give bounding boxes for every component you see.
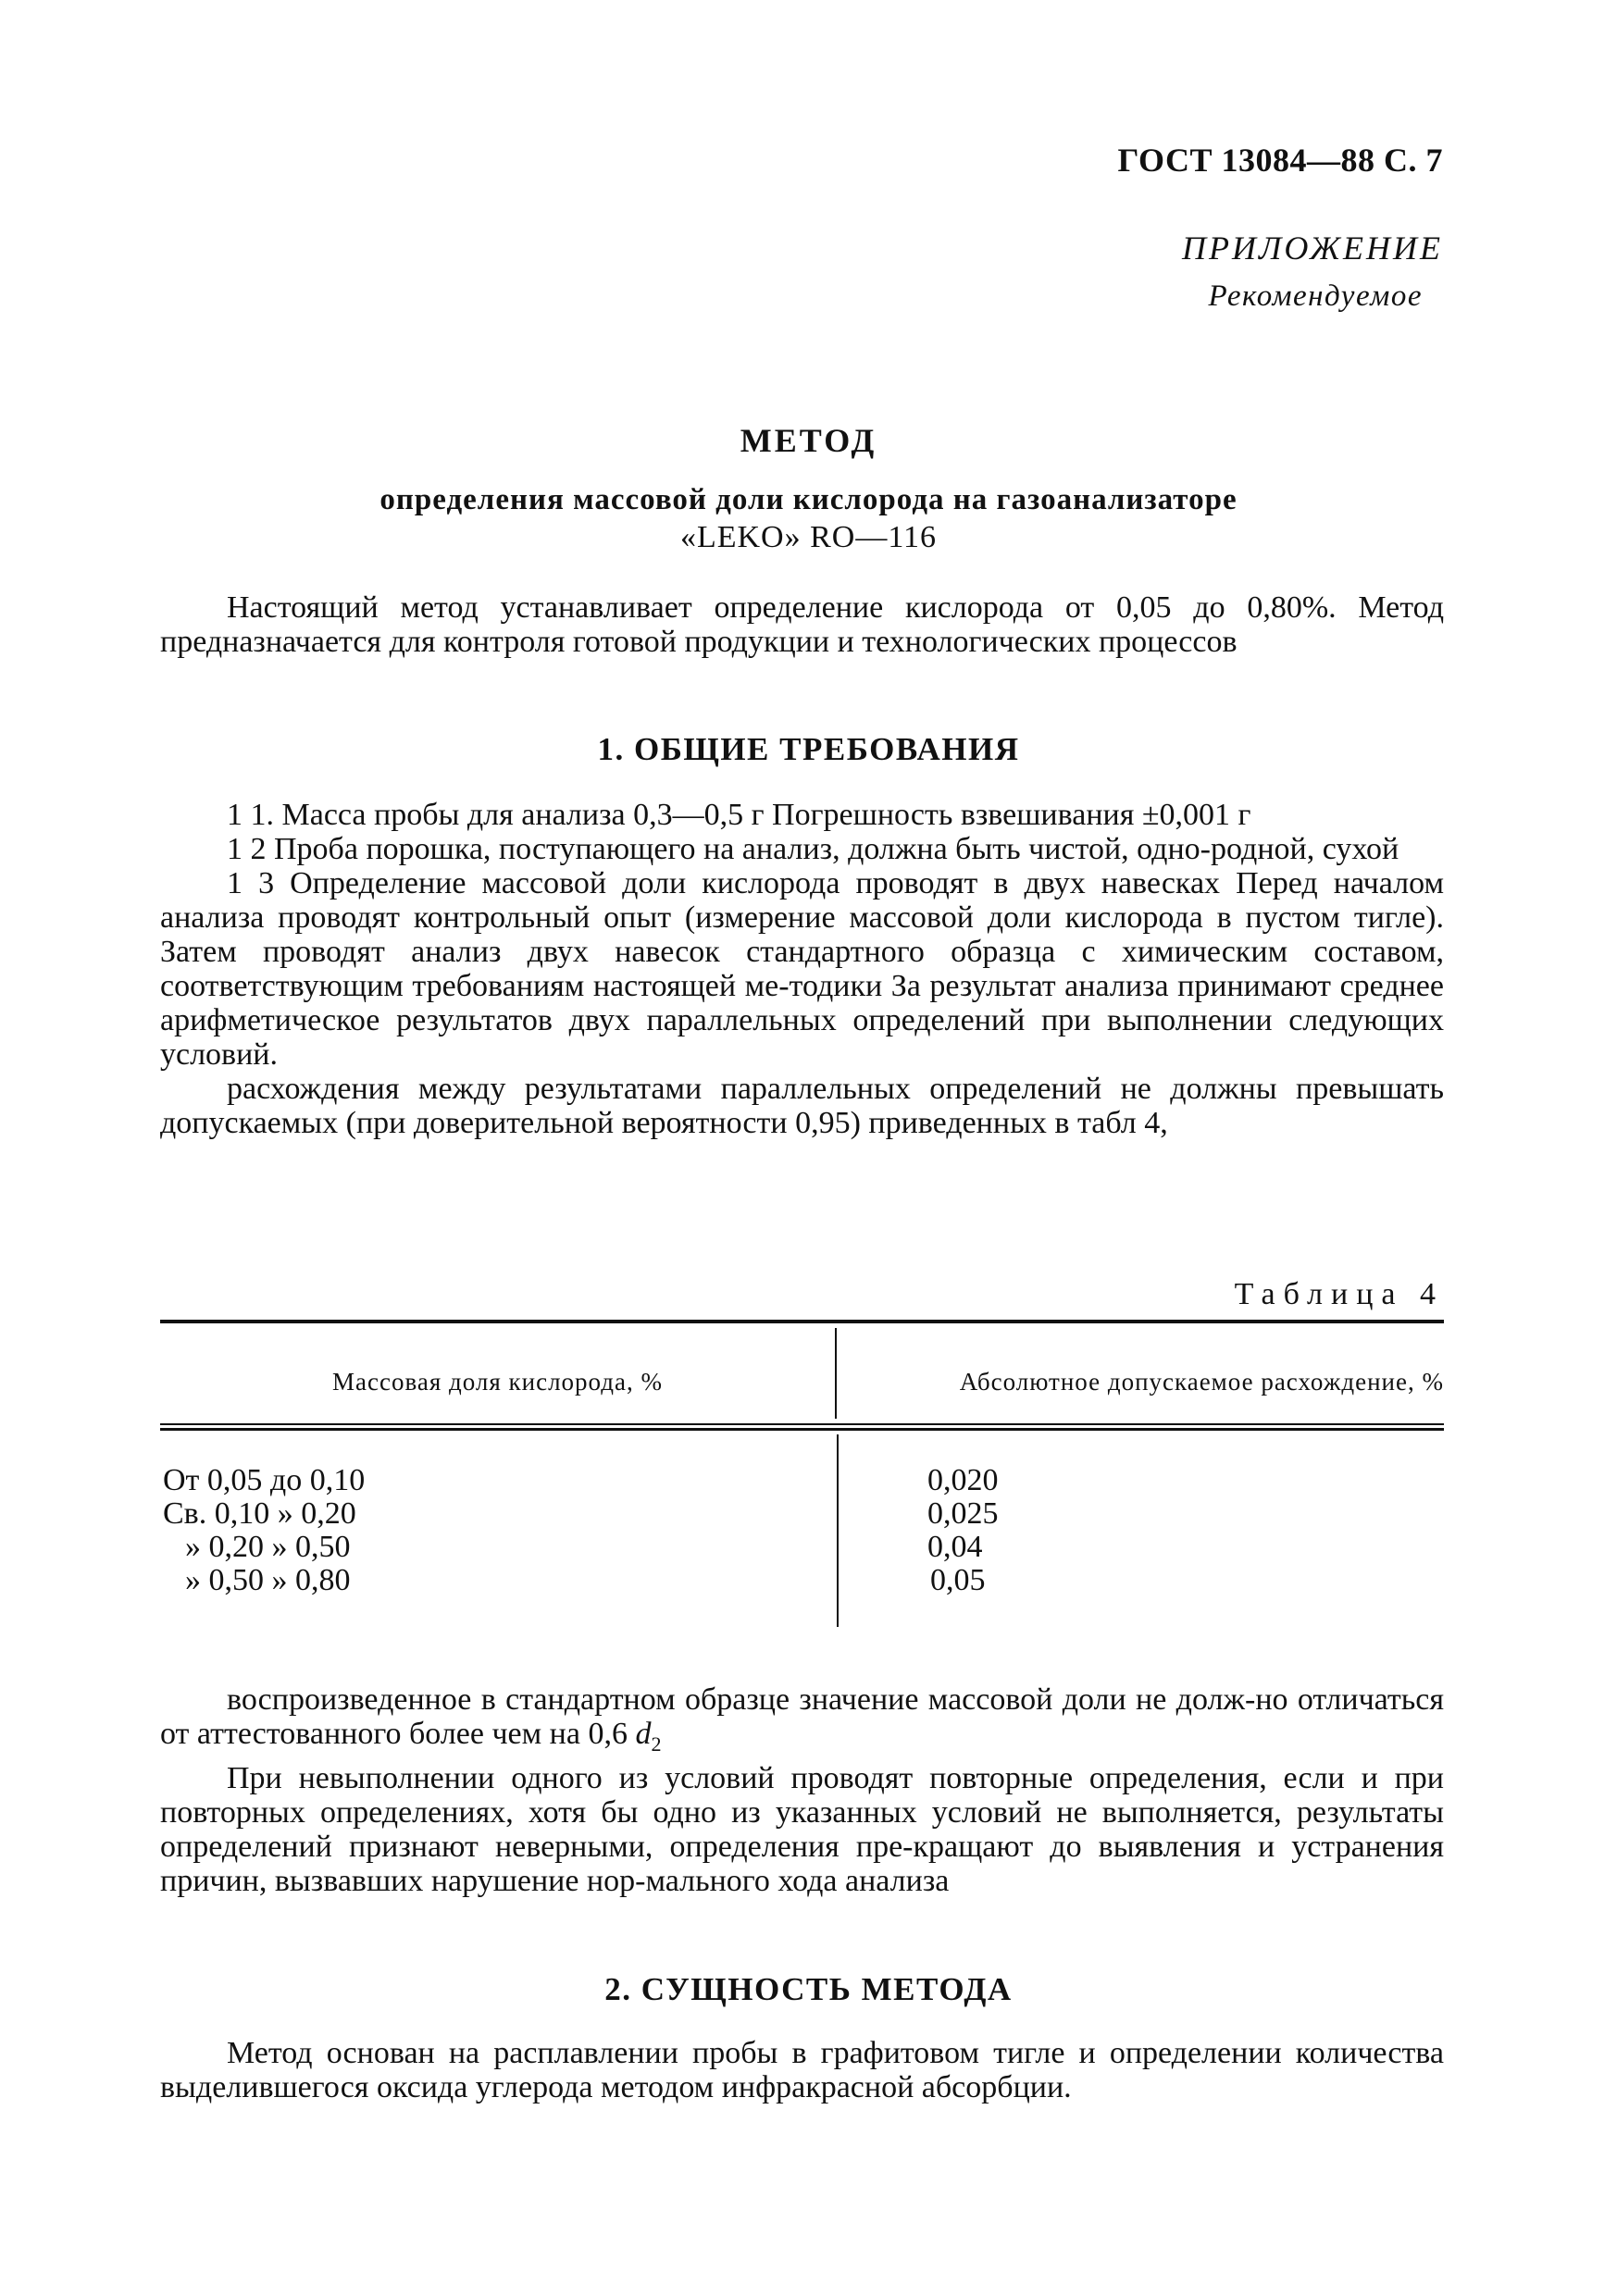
variable-d: d	[635, 1717, 651, 1751]
failure-paragraph: При невыполнении одного из условий прово…	[160, 1761, 1444, 1898]
section-1-body: 1 1. Масса пробы для анализа 0,3—0,5 г П…	[160, 798, 1444, 1140]
reproduced-value-paragraph: воспроизведенное в стандартном образце з…	[160, 1682, 1444, 1761]
after-table-body: воспроизведенное в стандартном образце з…	[160, 1682, 1444, 1898]
clause-1-1: 1 1. Масса пробы для анализа 0,3—0,5 г П…	[160, 798, 1444, 832]
table-header-tolerance: Абсолютное допускаемое расхождение, %	[839, 1368, 1444, 1396]
section-1-heading: 1. ОБЩИЕ ТРЕБОВАНИЯ	[0, 731, 1617, 768]
document-page: ГОСТ 13084—88 С. 7 ПРИЛОЖЕНИЕ Рекомендуе…	[0, 0, 1617, 2296]
method-principle-paragraph: Метод основан на расплавлении пробы в гр…	[160, 2036, 1444, 2104]
intro-paragraph: Настоящий метод устанавливает определени…	[160, 590, 1444, 659]
appendix-status: Рекомендуемое	[1208, 279, 1423, 314]
clause-1-2: 1 2 Проба порошка, поступающего на анали…	[160, 832, 1444, 866]
variable-subscript: 2	[651, 1732, 661, 1756]
table-cell-range: » 0,50 » 0,80	[163, 1564, 365, 1597]
section-2-heading: 2. СУЩНОСТЬ МЕТОДА	[0, 1971, 1617, 2008]
intro-paragraph-block: Настоящий метод устанавливает определени…	[160, 590, 1444, 659]
method-subtitle: определения массовой доли кислорода на г…	[0, 483, 1617, 517]
table-cell-tolerance: 0,05	[927, 1564, 999, 1597]
table-header-mass-fraction: Массовая доля кислорода, %	[160, 1368, 835, 1396]
table-cell-tolerance: 0,025	[927, 1497, 999, 1531]
table-header-rule-1	[160, 1423, 1444, 1425]
clause-1-3-condition: расхождения между результатами параллель…	[160, 1072, 1444, 1140]
table-cell-range: Св. 0,10 » 0,20	[163, 1497, 365, 1531]
table-top-rule	[160, 1320, 1444, 1323]
table-cell-range: От 0,05 до 0,10	[163, 1464, 365, 1497]
table-header-divider	[835, 1328, 837, 1419]
table-body-divider	[837, 1434, 839, 1627]
section-2-body: Метод основан на расплавлении пробы в гр…	[160, 2036, 1444, 2104]
appendix-label: ПРИЛОЖЕНИЕ	[1182, 229, 1443, 267]
table-cell-tolerance: 0,04	[927, 1531, 999, 1564]
table-cell-tolerance: 0,020	[927, 1464, 999, 1497]
reproduced-value-text: воспроизведенное в стандартном образце з…	[160, 1682, 1444, 1751]
analyzer-model: «LEKO» RO—116	[0, 520, 1617, 555]
standard-code: ГОСТ 13084—88 С. 7	[1118, 141, 1443, 180]
table-body-left: От 0,05 до 0,10 Св. 0,10 » 0,20 » 0,20 »…	[163, 1464, 365, 1597]
table-cell-range: » 0,20 » 0,50	[163, 1531, 365, 1564]
table-caption: Таблица 4	[1235, 1277, 1444, 1312]
clause-1-3: 1 3 Определение массовой доли кислорода …	[160, 866, 1444, 1072]
method-title: МЕТОД	[0, 421, 1617, 460]
table-body-right: 0,020 0,025 0,04 0,05	[927, 1464, 999, 1597]
table-header-rule-2	[160, 1428, 1444, 1431]
